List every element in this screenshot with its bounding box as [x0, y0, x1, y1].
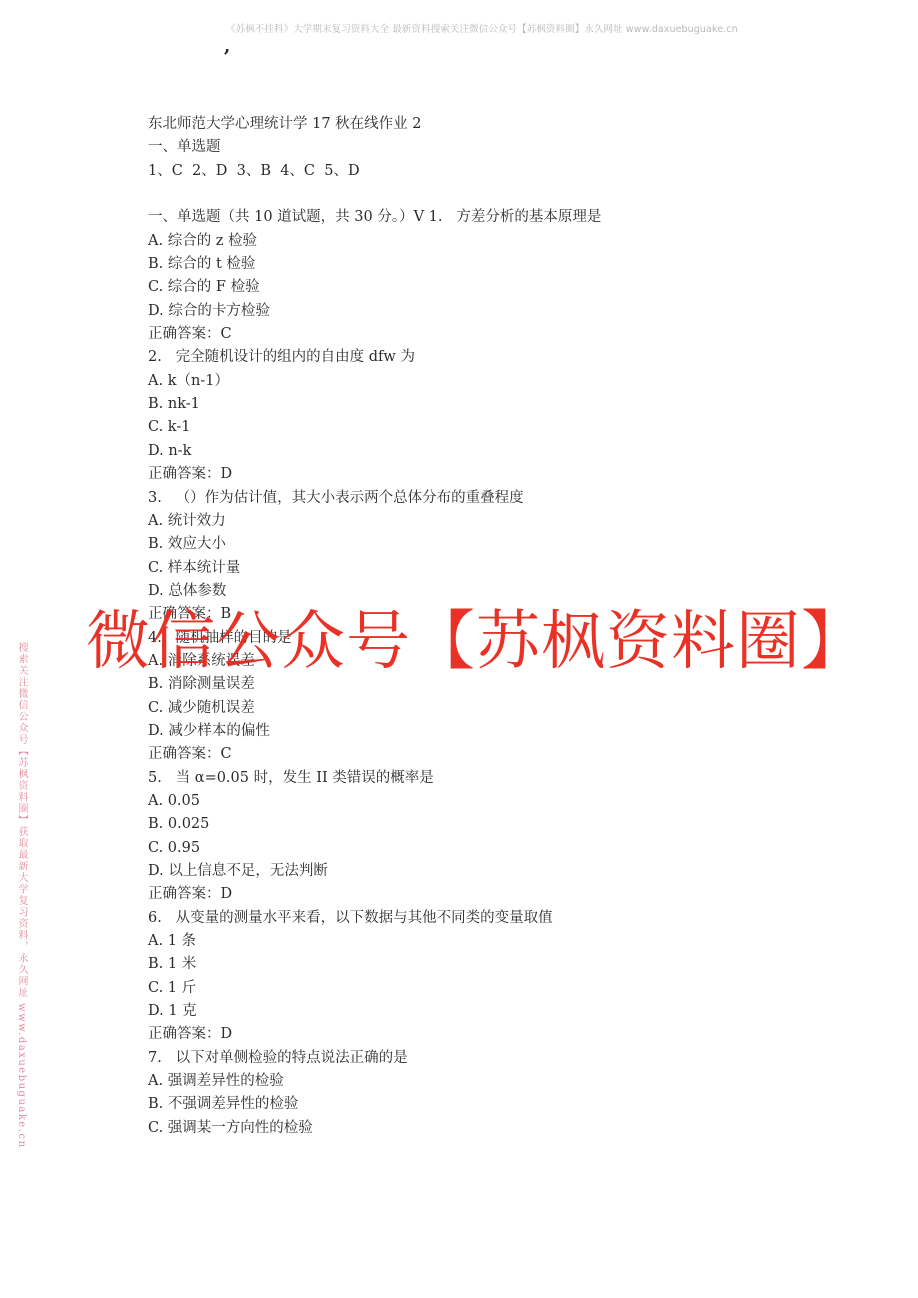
option-b: B. 1 米 [148, 953, 828, 976]
option-a: A. 消除系统误差 [148, 650, 828, 673]
option-d: D. 总体参数 [148, 580, 828, 603]
option-b: B. 不强调差异性的检验 [148, 1093, 828, 1116]
correct-answer: 正确答案：D [148, 463, 828, 486]
stray-comma: , [224, 36, 230, 57]
question-5: 5. 当 α=0.05 时，发生 II 类错误的概率是 A. 0.05 B. 0… [148, 767, 828, 907]
option-d: D. 综合的卡方检验 [148, 300, 828, 323]
question-stem: 2. 完全随机设计的组内的自由度 dfw 为 [148, 346, 828, 369]
option-d: D. 1 克 [148, 1000, 828, 1023]
option-b: B. 0.025 [148, 813, 828, 836]
option-a: A. 1 条 [148, 930, 828, 953]
option-d: D. 减少样本的偏性 [148, 720, 828, 743]
question-stem: 6. 从变量的测量水平来看，以下数据与其他不同类的变量取值 [148, 907, 828, 930]
option-d: D. 以上信息不足，无法判断 [148, 860, 828, 883]
question-4: 4. 随机抽样的目的是 A. 消除系统误差 B. 消除测量误差 C. 减少随机误… [148, 627, 828, 767]
document-title: 东北师范大学心理统计学 17 秋在线作业 2 [148, 113, 828, 136]
option-c: C. k-1 [148, 416, 828, 439]
option-c: C. 0.95 [148, 837, 828, 860]
correct-answer: 正确答案：D [148, 883, 828, 906]
section-header: 一、单选题（共 10 道试题，共 30 分。）V 1. 方差分析的基本原理是 [148, 206, 828, 229]
blank-line [148, 183, 828, 206]
document-body: 东北师范大学心理统计学 17 秋在线作业 2 一、单选题 1、C 2、D 3、B… [148, 113, 828, 1140]
answer-key: 1、C 2、D 3、B 4、C 5、D [148, 160, 828, 183]
option-a: A. 综合的 z 检验 [148, 230, 828, 253]
section-label: 一、单选题 [148, 136, 828, 159]
option-c: C. 综合的 F 检验 [148, 276, 828, 299]
question-stem: 5. 当 α=0.05 时，发生 II 类错误的概率是 [148, 767, 828, 790]
question-3: 3. （）作为估计值，其大小表示两个总体分布的重叠程度 A. 统计效力 B. 效… [148, 487, 828, 627]
option-c: C. 强调某一方向性的检验 [148, 1117, 828, 1140]
question-stem: 4. 随机抽样的目的是 [148, 627, 828, 650]
option-a: A. 强调差异性的检验 [148, 1070, 828, 1093]
correct-answer: 正确答案：C [148, 323, 828, 346]
side-watermark: 搜索关注微信公众号【苏枫资料圈】获取最新大学复习资料，永久网址 www.daxu… [14, 642, 28, 1149]
question-stem: 3. （）作为估计值，其大小表示两个总体分布的重叠程度 [148, 487, 828, 510]
option-c: C. 1 斤 [148, 977, 828, 1000]
option-b: B. 效应大小 [148, 533, 828, 556]
option-c: C. 减少随机误差 [148, 697, 828, 720]
correct-answer: 正确答案：C [148, 743, 828, 766]
option-a: A. 0.05 [148, 790, 828, 813]
option-b: B. nk-1 [148, 393, 828, 416]
question-7: 7. 以下对单侧检验的特点说法正确的是 A. 强调差异性的检验 B. 不强调差异… [148, 1047, 828, 1140]
option-a: A. k（n-1） [148, 370, 828, 393]
option-a: A. 统计效力 [148, 510, 828, 533]
question-1: A. 综合的 z 检验 B. 综合的 t 检验 C. 综合的 F 检验 D. 综… [148, 230, 828, 347]
correct-answer: 正确答案：D [148, 1023, 828, 1046]
option-c: C. 样本统计量 [148, 557, 828, 580]
question-6: 6. 从变量的测量水平来看，以下数据与其他不同类的变量取值 A. 1 条 B. … [148, 907, 828, 1047]
option-b: B. 综合的 t 检验 [148, 253, 828, 276]
option-d: D. n-k [148, 440, 828, 463]
question-2: 2. 完全随机设计的组内的自由度 dfw 为 A. k（n-1） B. nk-1… [148, 346, 828, 486]
option-b: B. 消除测量误差 [148, 673, 828, 696]
top-banner: 《苏枫不挂科》大学期末复习资料大全 最新资料搜索关注微信公众号【苏枫资料圈】永久… [226, 21, 738, 35]
question-stem: 7. 以下对单侧检验的特点说法正确的是 [148, 1047, 828, 1070]
correct-answer: 正确答案：B [148, 603, 828, 626]
